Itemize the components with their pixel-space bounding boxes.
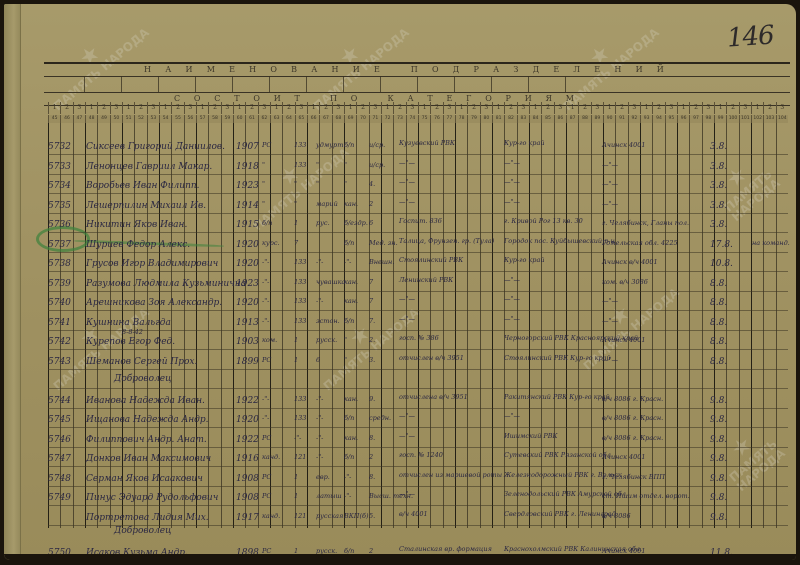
education: 133	[294, 298, 306, 305]
person-name: Шеманов Сергей Прох.	[86, 357, 197, 367]
column-number: 64	[282, 115, 294, 123]
rank: 7	[369, 298, 373, 305]
column-number: 92	[628, 115, 640, 123]
birth-year: 1923	[236, 181, 259, 191]
row-rule	[48, 271, 788, 272]
person-name: Серман Яков Исаакович	[86, 474, 203, 484]
party-status: -"-	[262, 415, 269, 422]
header-divider	[84, 76, 85, 92]
date: 8.8.	[710, 357, 727, 367]
nationality: -"-	[316, 298, 323, 305]
column-number: 85	[541, 115, 553, 123]
draft-office: Свердловский РВК г. Ленинград	[504, 511, 616, 518]
education: 133	[294, 279, 306, 286]
column-line	[208, 123, 209, 528]
subgroup-label: 1	[529, 102, 541, 114]
scan-edge	[4, 554, 796, 560]
nationality: русск.	[316, 337, 337, 344]
subgroup-label: 1	[85, 102, 97, 114]
subgroup-label: 2	[689, 102, 701, 114]
nationality: -"-	[316, 259, 323, 266]
column-line	[529, 123, 530, 528]
subgroup-label: 2	[97, 102, 109, 114]
column-number: 72	[381, 115, 393, 123]
column-line	[282, 123, 283, 528]
category: "	[344, 337, 347, 344]
column-number: 90	[603, 115, 615, 123]
source-address: отчислен из маршевой роты	[399, 472, 502, 479]
source-address: госп. № 1240	[399, 452, 443, 459]
draft-office: —"—	[504, 199, 520, 206]
subgroup-label: 2	[763, 102, 775, 114]
party-status: РС	[262, 435, 271, 442]
column-line	[393, 123, 394, 528]
column-line	[702, 123, 703, 528]
nationality: латыш	[316, 493, 342, 500]
subgroup-label: 1	[640, 102, 652, 114]
destination-unit: —"—	[602, 357, 618, 364]
header-divider	[454, 76, 455, 92]
party-status: РС	[262, 357, 271, 364]
birth-year: 1922	[236, 435, 259, 445]
subgroup-label: 1	[751, 102, 763, 114]
header-divider	[269, 76, 270, 92]
column-number: 101	[739, 115, 751, 123]
record-number: 5738	[48, 259, 71, 269]
subgroup-label: 3	[184, 102, 196, 114]
subgroup-label: 3	[295, 102, 307, 114]
column-number: 53	[147, 115, 159, 123]
subgroup-label: 1	[677, 102, 689, 114]
category: "	[344, 357, 347, 364]
destination-unit: в/ч 8086	[602, 513, 631, 520]
header-letter: О	[432, 65, 439, 74]
header-letter: Р	[474, 65, 479, 74]
header-letter: А	[493, 65, 499, 74]
person-name: Разумова Людмила Кузьминична	[86, 279, 246, 289]
subgroup-label: 1	[492, 102, 504, 114]
record-number: 5742	[48, 337, 71, 347]
header-letter: В	[291, 65, 297, 74]
subgroup-label: 1	[566, 102, 578, 114]
row-rule	[48, 232, 788, 233]
subgroup-label: 2	[541, 102, 553, 114]
column-line	[763, 123, 764, 528]
column-line	[739, 123, 740, 528]
subgroup-label: 2	[393, 102, 405, 114]
row-rule	[48, 213, 788, 214]
birth-year: 1922	[236, 396, 259, 406]
person-name: Ленонцев Гавриил Макар.	[86, 162, 212, 172]
subgroup-label: 2	[208, 102, 220, 114]
header-rule	[44, 92, 790, 93]
column-line	[541, 123, 542, 528]
subgroup-label: 3	[406, 102, 418, 114]
column-line	[319, 123, 320, 528]
draft-office: —"—	[504, 296, 520, 303]
party-status: курс.	[262, 240, 280, 247]
column-number: 99	[714, 115, 726, 123]
subgroup-label: 3	[591, 102, 603, 114]
column-line	[455, 123, 456, 528]
nationality: 6	[316, 357, 320, 364]
nationality: евр.	[316, 474, 330, 481]
column-line	[73, 123, 74, 528]
column-number: 65	[295, 115, 307, 123]
header-divider	[380, 76, 381, 92]
header-letter: И	[636, 65, 643, 74]
rank: и/ср.	[369, 142, 385, 149]
column-number: 88	[578, 115, 590, 123]
party-status: -"-	[262, 396, 269, 403]
header-title: НАИМЕНОВАНИЕ ПОДРАЗДЕЛЕНИЙ	[144, 65, 664, 74]
column-number: 69	[344, 115, 356, 123]
education: "	[294, 181, 297, 188]
source-address: —"—	[399, 199, 415, 206]
birth-year: 1899	[236, 357, 259, 367]
column-line	[430, 123, 431, 528]
column-number: 78	[455, 115, 467, 123]
party-status: "	[262, 162, 265, 169]
birth-year: 1915	[236, 220, 259, 230]
column-number: 52	[134, 115, 146, 123]
date: 8.8.	[710, 318, 727, 328]
page-number: 146	[726, 20, 775, 53]
column-number: 96	[677, 115, 689, 123]
subgroup-label: 1	[196, 102, 208, 114]
subgroup-label: 1	[159, 102, 171, 114]
source-address: —"—	[399, 413, 415, 420]
date: 9.8.	[710, 415, 727, 425]
header-letter	[394, 65, 397, 74]
date: 9.8.	[710, 474, 727, 484]
column-number: 70	[356, 115, 368, 123]
column-number: 75	[418, 115, 430, 123]
nationality: -"-	[316, 396, 323, 403]
column-number: 62	[258, 115, 270, 123]
category: "	[344, 181, 347, 188]
column-number: 74	[406, 115, 418, 123]
destination-unit: в/ч 8086 г. Красн.	[602, 435, 663, 442]
source-address: Стоялинский РВК	[399, 257, 463, 264]
subgroup-label: 3	[739, 102, 751, 114]
nationality: "	[316, 162, 319, 169]
subgroup-label: 2	[504, 102, 516, 114]
row-rule	[48, 193, 788, 194]
person-name: Донков Иван Максимович	[86, 454, 211, 464]
column-number: 49	[97, 115, 109, 123]
source-address: —"—	[399, 491, 415, 498]
column-line	[640, 123, 641, 528]
date: 9.8.	[710, 513, 727, 523]
rank: 7.	[369, 318, 375, 325]
subgroup-label: 1	[603, 102, 615, 114]
column-line	[578, 123, 579, 528]
date: 3.8.	[710, 181, 727, 191]
watermark: ★ПАМЯТЬ НАРОДА	[37, 9, 151, 112]
column-line	[270, 123, 271, 528]
record-number: 5747	[48, 454, 71, 464]
source-address: Ленинский РВК	[399, 277, 453, 284]
rank: 6	[369, 220, 373, 227]
subgroup-label: 1	[270, 102, 282, 114]
destination-unit: —"—	[602, 181, 618, 188]
destination-unit: —"—	[602, 162, 618, 169]
column-number: 67	[319, 115, 331, 123]
category: б/п	[344, 454, 354, 461]
date: 10.8.	[710, 259, 733, 269]
record-number: 5734	[48, 181, 71, 191]
column-number: 71	[369, 115, 381, 123]
header-letter: З	[513, 65, 518, 74]
draft-office: Стоялинский РВК Кур-го край	[504, 355, 611, 362]
person-name: Арешникова Зоя Александр.	[86, 298, 222, 308]
section-label: Доброволец	[114, 374, 171, 384]
birth-year: 1914	[236, 201, 259, 211]
education: 133	[294, 415, 306, 422]
record-number: 5737	[48, 240, 71, 250]
row-rule	[48, 154, 788, 155]
header-boxes	[44, 76, 790, 92]
person-name: Курепов Егор Фед.	[86, 337, 175, 347]
subgroup-label: 3	[554, 102, 566, 114]
column-line	[443, 123, 444, 528]
subgroup-label: 2	[652, 102, 664, 114]
date: 3.8.	[710, 142, 727, 152]
header-letter: О	[270, 65, 277, 74]
party-status: ком.	[262, 337, 277, 344]
subgroup-label: 3	[73, 102, 85, 114]
subgroup-label: 3	[369, 102, 381, 114]
source-address: Госпит. 836	[399, 218, 442, 225]
column-line	[221, 123, 222, 528]
source-address: Талица, Фрунзен. гр. (Тула)	[399, 238, 494, 245]
category: б/п	[344, 240, 354, 247]
birth-year: 1917	[236, 513, 259, 523]
birth-year: 1920	[236, 259, 259, 269]
rank: 9.	[369, 396, 375, 403]
column-number: 91	[615, 115, 627, 123]
column-number: 81	[492, 115, 504, 123]
subgroup-label: 1	[307, 102, 319, 114]
header-letter: М	[207, 65, 215, 74]
date: 3.8.	[710, 201, 727, 211]
person-name: Пинус Эдуард Рудольфович	[86, 493, 218, 503]
category: кан.	[344, 201, 358, 208]
column-line	[233, 123, 234, 528]
destination-unit: Ачинск в/ч 4001	[602, 259, 658, 266]
subgroup-label: 1	[418, 102, 430, 114]
subgroup-label: 2	[726, 102, 738, 114]
draft-office: Городок пос. Куйбышевский р-н	[504, 238, 615, 245]
person-name: Шуриев Федор Алекс.	[86, 240, 190, 250]
category: б/п	[344, 142, 354, 149]
nationality: эстон.	[316, 318, 340, 325]
column-number: 102	[751, 115, 763, 123]
header-rule	[44, 62, 790, 64]
record-number: 5744	[48, 396, 71, 406]
party-status: -"-	[262, 318, 269, 325]
column-line	[381, 123, 382, 528]
rank: 7	[369, 279, 373, 286]
destination-unit: г. Челябинск, Гланы пол.	[602, 220, 689, 227]
person-name: Иванова Надежда Иван.	[86, 396, 205, 406]
row-rule	[48, 505, 788, 506]
column-line	[480, 123, 481, 528]
destination-unit: —"—	[602, 318, 618, 325]
category: -"-	[344, 259, 351, 266]
header-letter: И	[185, 65, 192, 74]
header-divider	[121, 76, 122, 92]
person-name: Лешерпилин Михаил Ив.	[86, 201, 206, 211]
header-letter: Е	[374, 65, 380, 74]
header-divider	[491, 76, 492, 92]
header-letter: А	[165, 65, 171, 74]
row-rule	[48, 466, 788, 467]
record-number: 5741	[48, 318, 71, 328]
header-divider	[195, 76, 196, 92]
subgroup-label: 3	[147, 102, 159, 114]
rank: 2	[369, 201, 373, 208]
column-number: 60	[233, 115, 245, 123]
subgroup-label: 2	[171, 102, 183, 114]
birth-year: 1920	[236, 298, 259, 308]
rank: Мед. зн.	[369, 240, 398, 247]
date: 9.8.	[710, 435, 727, 445]
column-number: 104	[776, 115, 788, 123]
subgroup-label: 2	[134, 102, 146, 114]
column-number: 51	[122, 115, 134, 123]
destination-unit: Ачинск 4001	[602, 454, 646, 461]
source-address: —"—	[399, 316, 415, 323]
education: 7	[294, 240, 298, 247]
column-line	[492, 123, 493, 528]
subgroup-label: 3	[702, 102, 714, 114]
column-number: 46	[60, 115, 72, 123]
destination-unit: ст. Ишим отдел. ворот.	[602, 493, 690, 500]
row-rule	[48, 447, 788, 448]
source-address: —"—	[399, 433, 415, 440]
row-rule	[48, 388, 788, 389]
column-number: 55	[171, 115, 183, 123]
header-divider	[232, 76, 233, 92]
column-number: 98	[702, 115, 714, 123]
person-name: Грусов Игор Владимирович	[86, 259, 218, 269]
section-label: Доброволец	[114, 526, 171, 536]
education: 133	[294, 259, 306, 266]
header-letter: Н	[144, 65, 151, 74]
subgroup-label: 1	[381, 102, 393, 114]
header-letter: Д	[533, 65, 540, 74]
column-line	[665, 123, 666, 528]
subgroup-label: 1	[455, 102, 467, 114]
source-address: —"—	[399, 296, 415, 303]
column-number: 94	[652, 115, 664, 123]
row-rule	[48, 408, 788, 409]
draft-office: —"—	[504, 179, 520, 186]
party-status: РС	[262, 493, 271, 500]
source-address: —"—	[399, 179, 415, 186]
education: 133	[294, 142, 306, 149]
column-number: 80	[480, 115, 492, 123]
column-number: 77	[443, 115, 455, 123]
date: 17.8.	[710, 240, 733, 250]
rank: 3.	[369, 357, 375, 364]
column-number: 83	[517, 115, 529, 123]
column-number: 66	[307, 115, 319, 123]
category: кан.	[344, 435, 358, 442]
column-number: 76	[430, 115, 442, 123]
person-name: Никитин Яков Иван.	[86, 220, 187, 230]
row-rule	[48, 291, 788, 292]
column-line	[628, 123, 629, 528]
column-line	[677, 123, 678, 528]
column-line	[307, 123, 308, 528]
rank: и/ср.	[369, 162, 385, 169]
source-address: отчислен в/ч 3951	[399, 355, 464, 362]
column-line	[554, 123, 555, 528]
date: 3.8.	[710, 162, 727, 172]
education: 133	[294, 396, 306, 403]
date: 9.8.	[710, 454, 727, 464]
category: кан.	[344, 279, 358, 286]
header-letter: И	[353, 65, 360, 74]
row-rule	[48, 310, 788, 311]
header-letter: Е	[553, 65, 559, 74]
column-line	[652, 123, 653, 528]
header-letter: Й	[657, 65, 664, 74]
column-number: 57	[196, 115, 208, 123]
subgroup-label: 3	[221, 102, 233, 114]
education: 1	[294, 357, 298, 364]
column-number: 56	[184, 115, 196, 123]
birth-year: 1920	[236, 240, 259, 250]
header-letter: Д	[453, 65, 460, 74]
birth-year: 1907	[236, 142, 259, 152]
subgroup-label: 1	[48, 102, 60, 114]
header-letter: Н	[332, 65, 339, 74]
birth-year: 1916	[236, 454, 259, 464]
nationality: рус.	[316, 220, 330, 227]
date: 8.8.	[710, 279, 727, 289]
draft-office: —"—	[504, 413, 520, 420]
birth-year: 1908	[236, 493, 259, 503]
column-number: 63	[270, 115, 282, 123]
person-name: Ищанова Надежда Андр.	[86, 415, 209, 425]
rank: 5.	[369, 513, 375, 520]
column-number: 100	[726, 115, 738, 123]
birth-year: 1903	[236, 337, 259, 347]
category: б/ездр.	[344, 220, 368, 227]
education: 1	[294, 337, 298, 344]
education: "	[294, 201, 297, 208]
subgroup-label: 2	[282, 102, 294, 114]
destination-unit: —"—	[602, 201, 618, 208]
draft-office: г. Кривой Рог 13 кв. 30	[504, 218, 583, 225]
subgroup-label: 3	[628, 102, 640, 114]
header-divider	[343, 76, 344, 92]
date: 9.8.	[710, 396, 727, 406]
subgroup-label: 2	[356, 102, 368, 114]
rank: Внешн.	[369, 259, 394, 266]
record-number: 5745	[48, 415, 71, 425]
birth-year: 1923	[236, 279, 259, 289]
subgroup-label: 3	[258, 102, 270, 114]
subgroup-label: 3	[517, 102, 529, 114]
draft-office: Сутевский РВК Рязанской обл.	[504, 452, 613, 459]
row-rule	[48, 486, 788, 487]
education: 121	[294, 454, 306, 461]
